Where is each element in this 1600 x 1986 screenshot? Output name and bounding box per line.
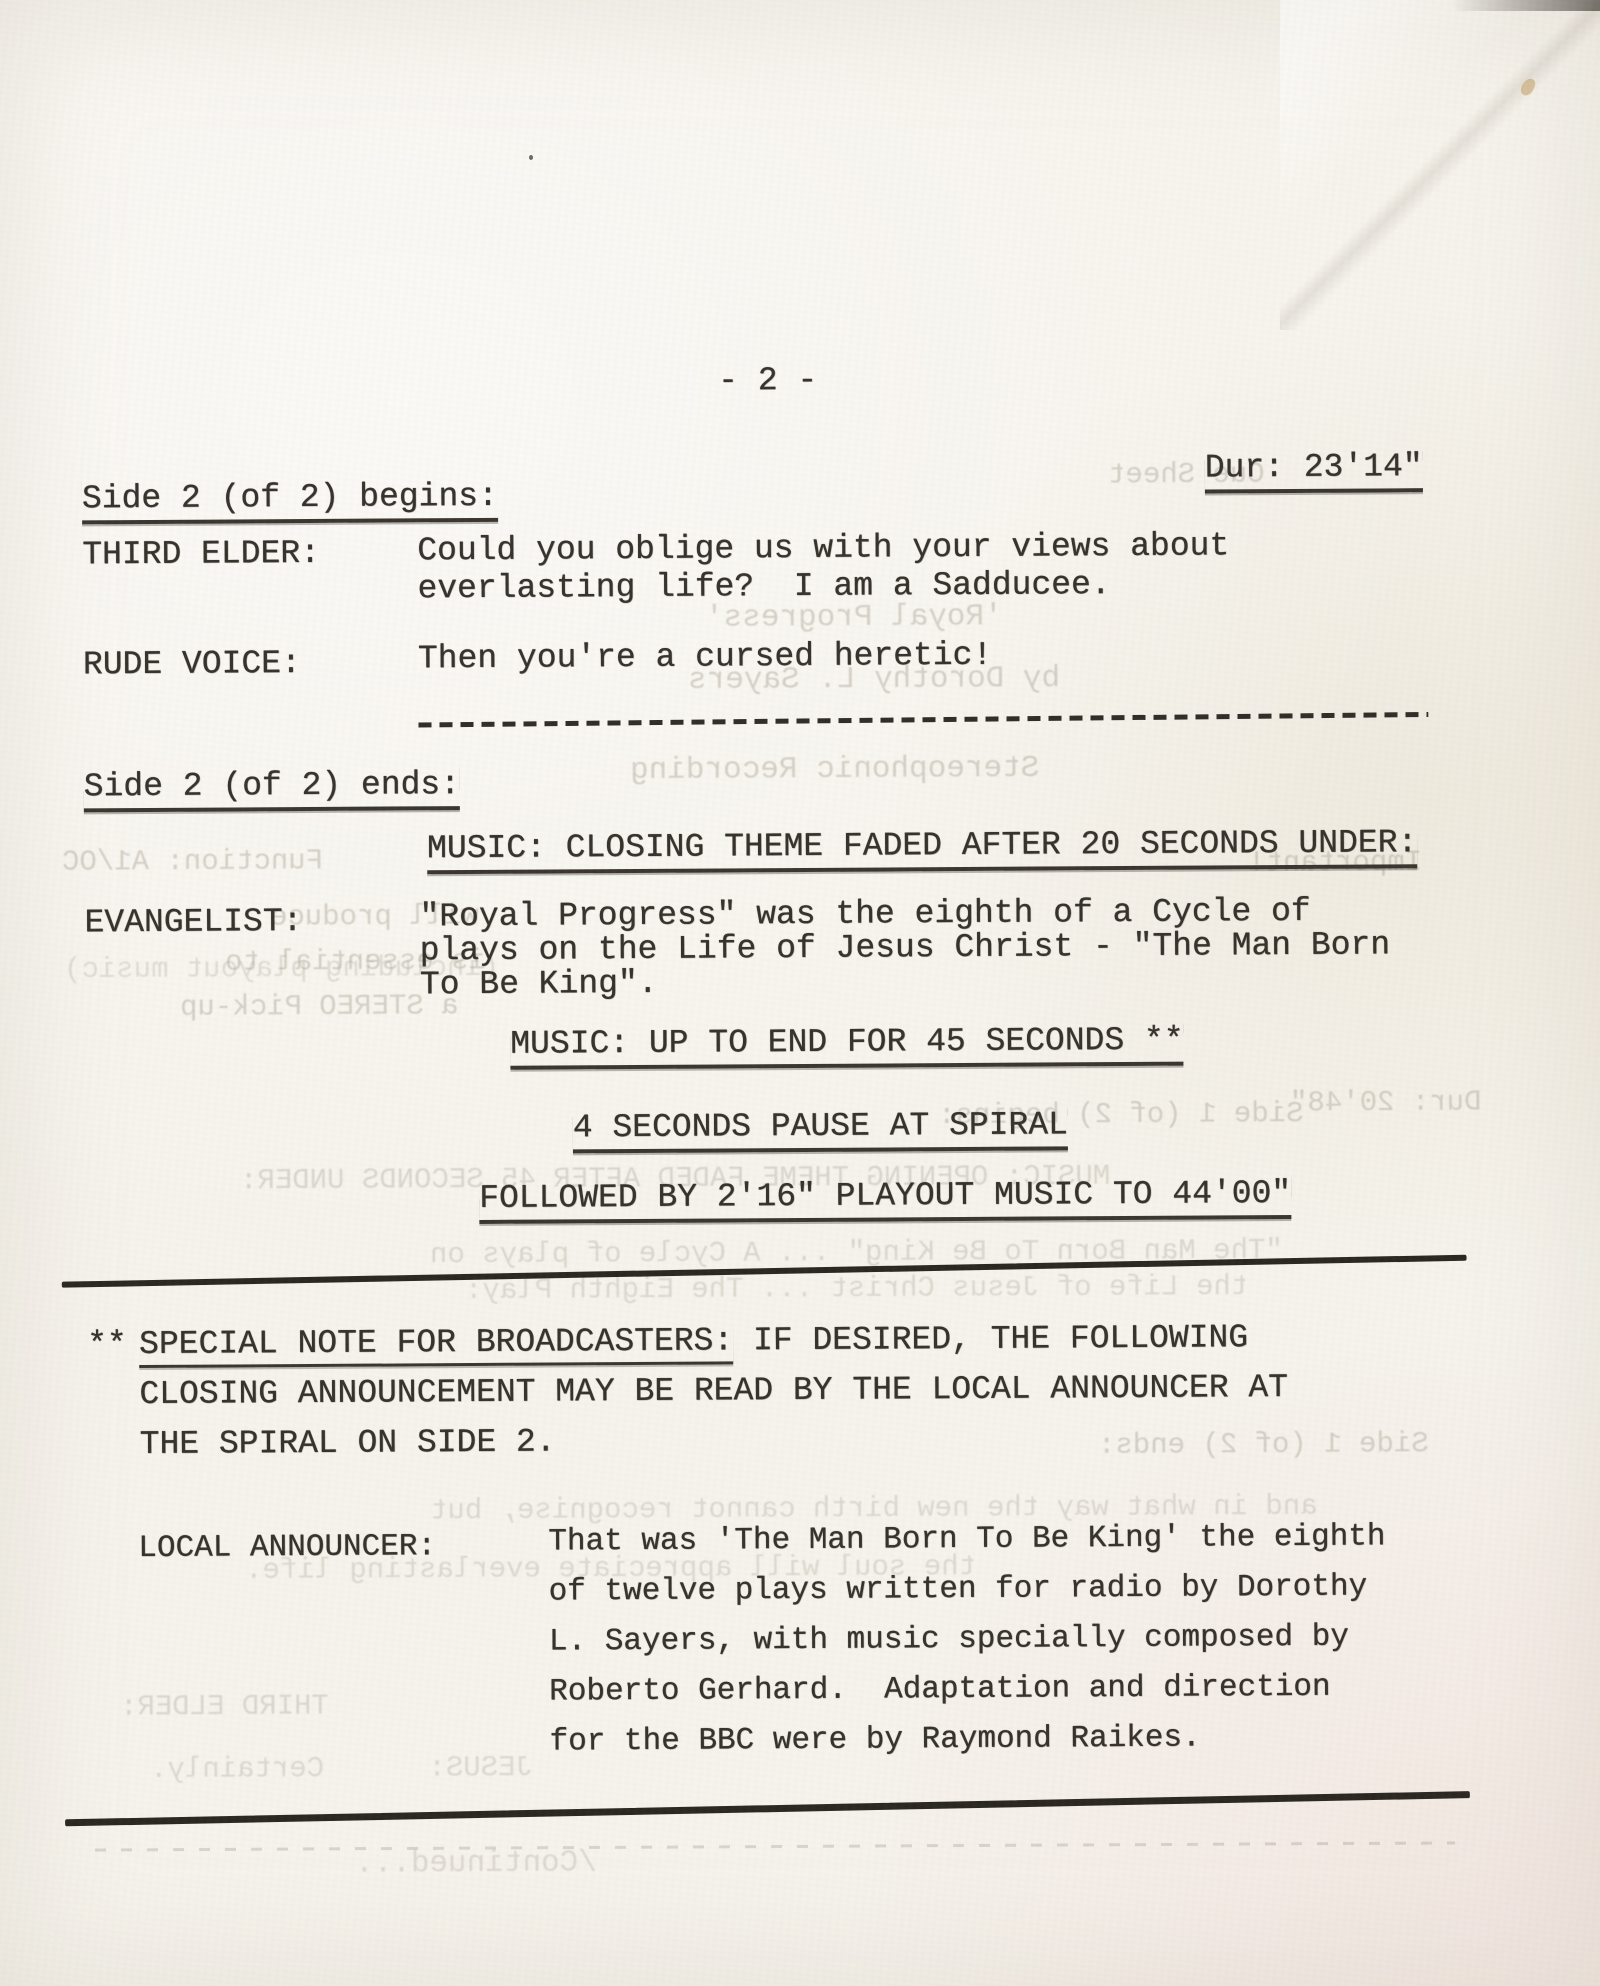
speaker-label-third-elder: THIRD ELDER:	[82, 535, 320, 574]
horizontal-rule-middle	[62, 1255, 1467, 1288]
heading-side2-ends: Side 2 (of 2) ends:	[84, 766, 461, 812]
page-number: - 2 -	[718, 362, 817, 401]
speaker-label-evangelist: EVANGELIST:	[84, 903, 302, 942]
music-cue-up-to-end: MUSIC: UP TO END FOR 45 SECONDS **	[510, 1022, 1184, 1070]
special-note-line: THE SPIRAL ON SIDE 2.	[140, 1424, 556, 1465]
dialogue-line: Roberto Gerhard. Adaptation and directio…	[549, 1669, 1331, 1712]
dialogue-line: L. Sayers, with music specially composed…	[549, 1619, 1349, 1662]
special-note-heading: SPECIAL NOTE FOR BROADCASTERS:	[139, 1322, 733, 1368]
speaker-label-local-announcer: LOCAL ANNOUNCER:	[138, 1528, 436, 1568]
dialogue-line: That was 'The Man Born To Be King' the e…	[548, 1518, 1385, 1561]
special-note-line: CLOSING ANNOUNCEMENT MAY BE READ BY THE …	[139, 1369, 1288, 1414]
dialogue-line: To Be King".	[420, 965, 658, 1004]
dialogue-line: of twelve plays written for radio by Dor…	[549, 1569, 1368, 1612]
dialogue-line: Then you're a cursed heretic!	[418, 637, 993, 679]
horizontal-rule-bottom	[65, 1791, 1470, 1826]
dialogue-line: Could you oblige us with your views abou…	[417, 527, 1229, 570]
scanned-script-page: Cue Sheet 'Royal Progress' by Dorothy L.…	[0, 0, 1600, 1986]
duration-label: Dur: 23'14"	[1205, 448, 1423, 493]
music-cue-playout: FOLLOWED BY 2'16" PLAYOUT MUSIC TO 44'00…	[479, 1175, 1291, 1224]
special-note-marker: **	[87, 1326, 127, 1364]
music-cue-pause: 4 SECONDS PAUSE AT SPIRAL	[573, 1106, 1068, 1153]
dialogue-line: plays on the Life of Jesus Christ - "The…	[420, 926, 1391, 970]
special-note-line1-rest: IF DESIRED, THE FOLLOWING	[733, 1319, 1248, 1359]
dialogue-line: everlasting life? I am a Sadducee.	[417, 566, 1110, 608]
heading-side2-begins: Side 2 (of 2) begins:	[82, 478, 498, 525]
typed-content: - 2 - Dur: 23'14" Side 2 (of 2) begins: …	[0, 0, 1600, 1986]
speaker-label-rude-voice: RUDE VOICE:	[83, 645, 301, 684]
dialogue-line: for the BBC were by Raymond Raikes.	[549, 1720, 1200, 1762]
dashed-separator	[418, 712, 1428, 728]
music-cue-closing-theme: MUSIC: CLOSING THEME FADED AFTER 20 SECO…	[427, 824, 1417, 874]
